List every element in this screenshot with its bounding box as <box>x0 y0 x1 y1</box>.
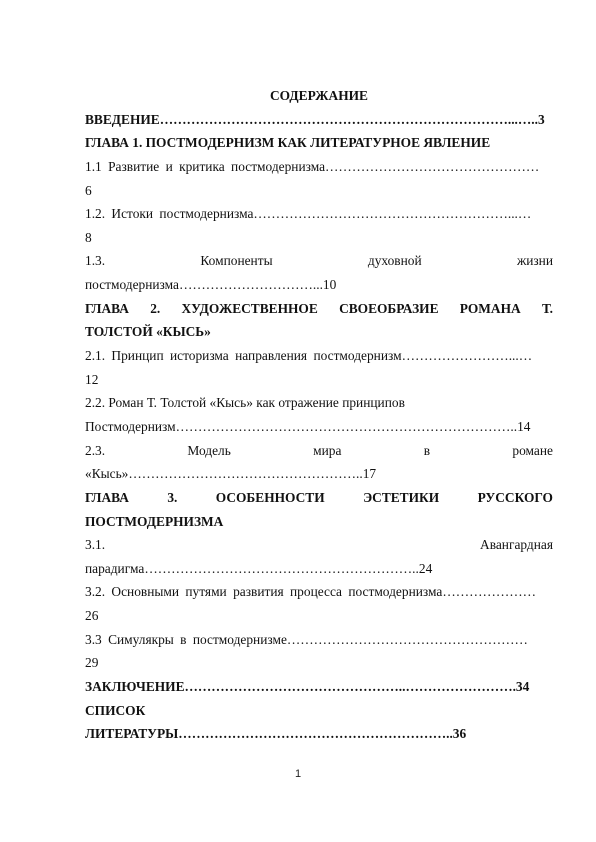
toc-chapter-2-heading-continuation: ТОЛСТОЙ «КЫСЬ» <box>85 320 553 344</box>
toc-entry-2-3: 2.3. Модель мира в романе <box>85 439 553 463</box>
word: ГЛАВА <box>85 297 129 321</box>
word: в <box>424 439 430 463</box>
toc-entry-3-2: 3.2. Основными путями развития процесса … <box>85 580 553 604</box>
word: жизни <box>517 249 553 273</box>
word: 1.3. <box>85 249 105 273</box>
toc-entry-1-1: 1.1 Развитие и критика постмодернизма………… <box>85 155 553 179</box>
toc-entry-introduction: ВВЕДЕНИЕ……………………………………………………………………...…..… <box>85 108 553 132</box>
word: ЭСТЕТИКИ <box>363 486 439 510</box>
toc-entry-3-1: 3.1. Авангардная <box>85 533 553 557</box>
word: Т. <box>542 297 553 321</box>
toc-entry-3-3: 3.3 Симулякры в постмодернизме…………………………… <box>85 628 553 652</box>
toc-entry-1-1-page: 6 <box>85 179 553 203</box>
toc-chapter-3-heading: ГЛАВА 3. ОСОБЕННОСТИ ЭСТЕТИКИ РУССКОГО <box>85 486 553 510</box>
toc-entry-1-2-page: 8 <box>85 226 553 250</box>
toc-entry-3-1-continuation: парадигма……………………………………………………..24 <box>85 557 553 581</box>
toc-chapter-1-heading: ГЛАВА 1. ПОСТМОДЕРНИЗМ КАК ЛИТЕРАТУРНОЕ … <box>85 131 553 155</box>
word: 2. <box>150 297 160 321</box>
toc-chapter-3-heading-continuation: ПОСТМОДЕРНИЗМА <box>85 510 553 534</box>
toc-entry-2-2-continuation: Постмодернизм…………………………………………………………………..… <box>85 415 553 439</box>
toc-entry-2-1: 2.1. Принцип историзма направления постм… <box>85 344 553 368</box>
toc-entry-2-1-page: 12 <box>85 368 553 392</box>
toc-title: СОДЕРЖАНИЕ <box>85 84 553 108</box>
toc-entry-2-2: 2.2. Роман Т. Толстой «Кысь» как отражен… <box>85 391 553 415</box>
word: РУССКОГО <box>478 486 553 510</box>
word: 3. <box>167 486 177 510</box>
toc-entry-conclusion: ЗАКЛЮЧЕНИЕ…………………………………………..…………………….34 <box>85 675 553 699</box>
word: 2.3. <box>85 439 105 463</box>
word: ГЛАВА <box>85 486 129 510</box>
toc-entry-1-3: 1.3. Компоненты духовной жизни <box>85 249 553 273</box>
toc-entry-2-3-continuation: «Кысь»……………………………………………..17 <box>85 462 553 486</box>
toc-entry-references: СПИСОК <box>85 699 553 723</box>
document-page: СОДЕРЖАНИЕ ВВЕДЕНИЕ………………………………………………………… <box>0 0 596 842</box>
word: 3.1. <box>85 533 105 557</box>
word: мира <box>313 439 341 463</box>
toc-entry-references-continuation: ЛИТЕРАТУРЫ……………………………………………………..36 <box>85 722 553 746</box>
page-number: 1 <box>0 768 596 780</box>
word: духовной <box>368 249 422 273</box>
word: Авангардная <box>480 533 553 557</box>
word: ОСОБЕННОСТИ <box>216 486 325 510</box>
toc-chapter-2-heading: ГЛАВА 2. ХУДОЖЕСТВЕННОЕ СВОЕОБРАЗИЕ РОМА… <box>85 297 553 321</box>
word: ХУДОЖЕСТВЕННОЕ <box>182 297 318 321</box>
word: Модель <box>187 439 230 463</box>
word: РОМАНА <box>460 297 521 321</box>
word: романе <box>512 439 553 463</box>
toc-entry-3-3-page: 29 <box>85 651 553 675</box>
toc-entry-3-2-page: 26 <box>85 604 553 628</box>
toc-entry-1-2: 1.2. Истоки постмодернизма……………………………………… <box>85 202 553 226</box>
toc-entry-1-3-continuation: постмодернизма…………………………...10 <box>85 273 553 297</box>
word: СВОЕОБРАЗИЕ <box>339 297 438 321</box>
word: Компоненты <box>200 249 272 273</box>
table-of-contents: СОДЕРЖАНИЕ ВВЕДЕНИЕ………………………………………………………… <box>85 84 553 746</box>
